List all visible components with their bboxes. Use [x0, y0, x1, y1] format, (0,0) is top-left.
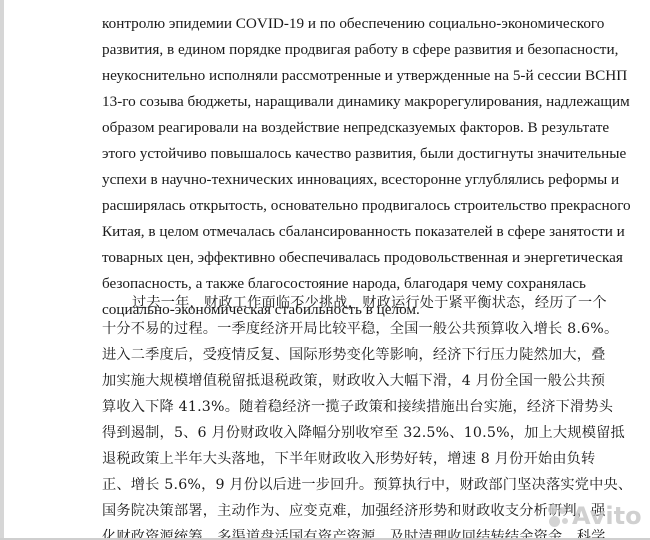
text-line: 算收入下降 41.3%。随着稳经济一揽子政策和接续措施出台实施，经济下滑势头	[102, 396, 554, 418]
text-line: 十分不易的过程。一季度经济开局比较平稳，全国一般公共预算收入增长 8.6%。	[102, 318, 554, 340]
text-line: 退税政策上半年大头落地，下半年财政收入形势好转，增速 8 月份开始由负转	[102, 448, 554, 470]
text-line: расширялась открытость, основательно про…	[102, 195, 554, 217]
avito-logo-icon	[548, 505, 570, 527]
text-line: развития, в едином порядке продвигая раб…	[102, 39, 554, 61]
text-line: неукоснительно исполняли рассмотренные и…	[102, 65, 554, 87]
text-line: 正、增长 5.6%，9 月份以后进一步回升。预算执行中，财政部门坚决落实党中央、	[102, 474, 554, 496]
text-line: 13-го созыва бюджеты, наращивали динамик…	[102, 91, 554, 113]
watermark-text: Avito	[572, 502, 642, 530]
text-line: 加实施大规模增值税留抵退税政策，财政收入大幅下滑，4 月份全国一般公共预	[102, 370, 554, 392]
text-line: Китая, в целом отмечалась сбалансированн…	[102, 221, 554, 243]
text-line: 过去一年，财政工作面临不少挑战，财政运行处于紧平衡状态，经历了一个	[102, 292, 554, 314]
text-line: образом реагировали на воздействие непре…	[102, 117, 554, 139]
text-line: 得到遏制，5、6 月份财政收入降幅分别收窄至 32.5%、10.5%，加上大规模…	[102, 422, 554, 444]
text-line: успехи в научно-технических инновациях, …	[102, 169, 554, 191]
text-line: этого устойчиво повышалось качество разв…	[102, 143, 554, 165]
text-line: 国务院决策部署，主动作为、应变克难，加强经济形势和财政收支分析研判，强	[102, 500, 554, 522]
text-line: контролю эпидемии COVID-19 и по обеспече…	[102, 13, 554, 35]
page-left-border	[0, 0, 4, 540]
text-line: 进入二季度后，受疫情反复、国际形势变化等影响，经济下行压力陡然加大，叠	[102, 344, 554, 366]
text-line: товарных цен, эффективно обеспечивалась …	[102, 247, 554, 269]
avito-watermark: Avito	[548, 496, 648, 536]
